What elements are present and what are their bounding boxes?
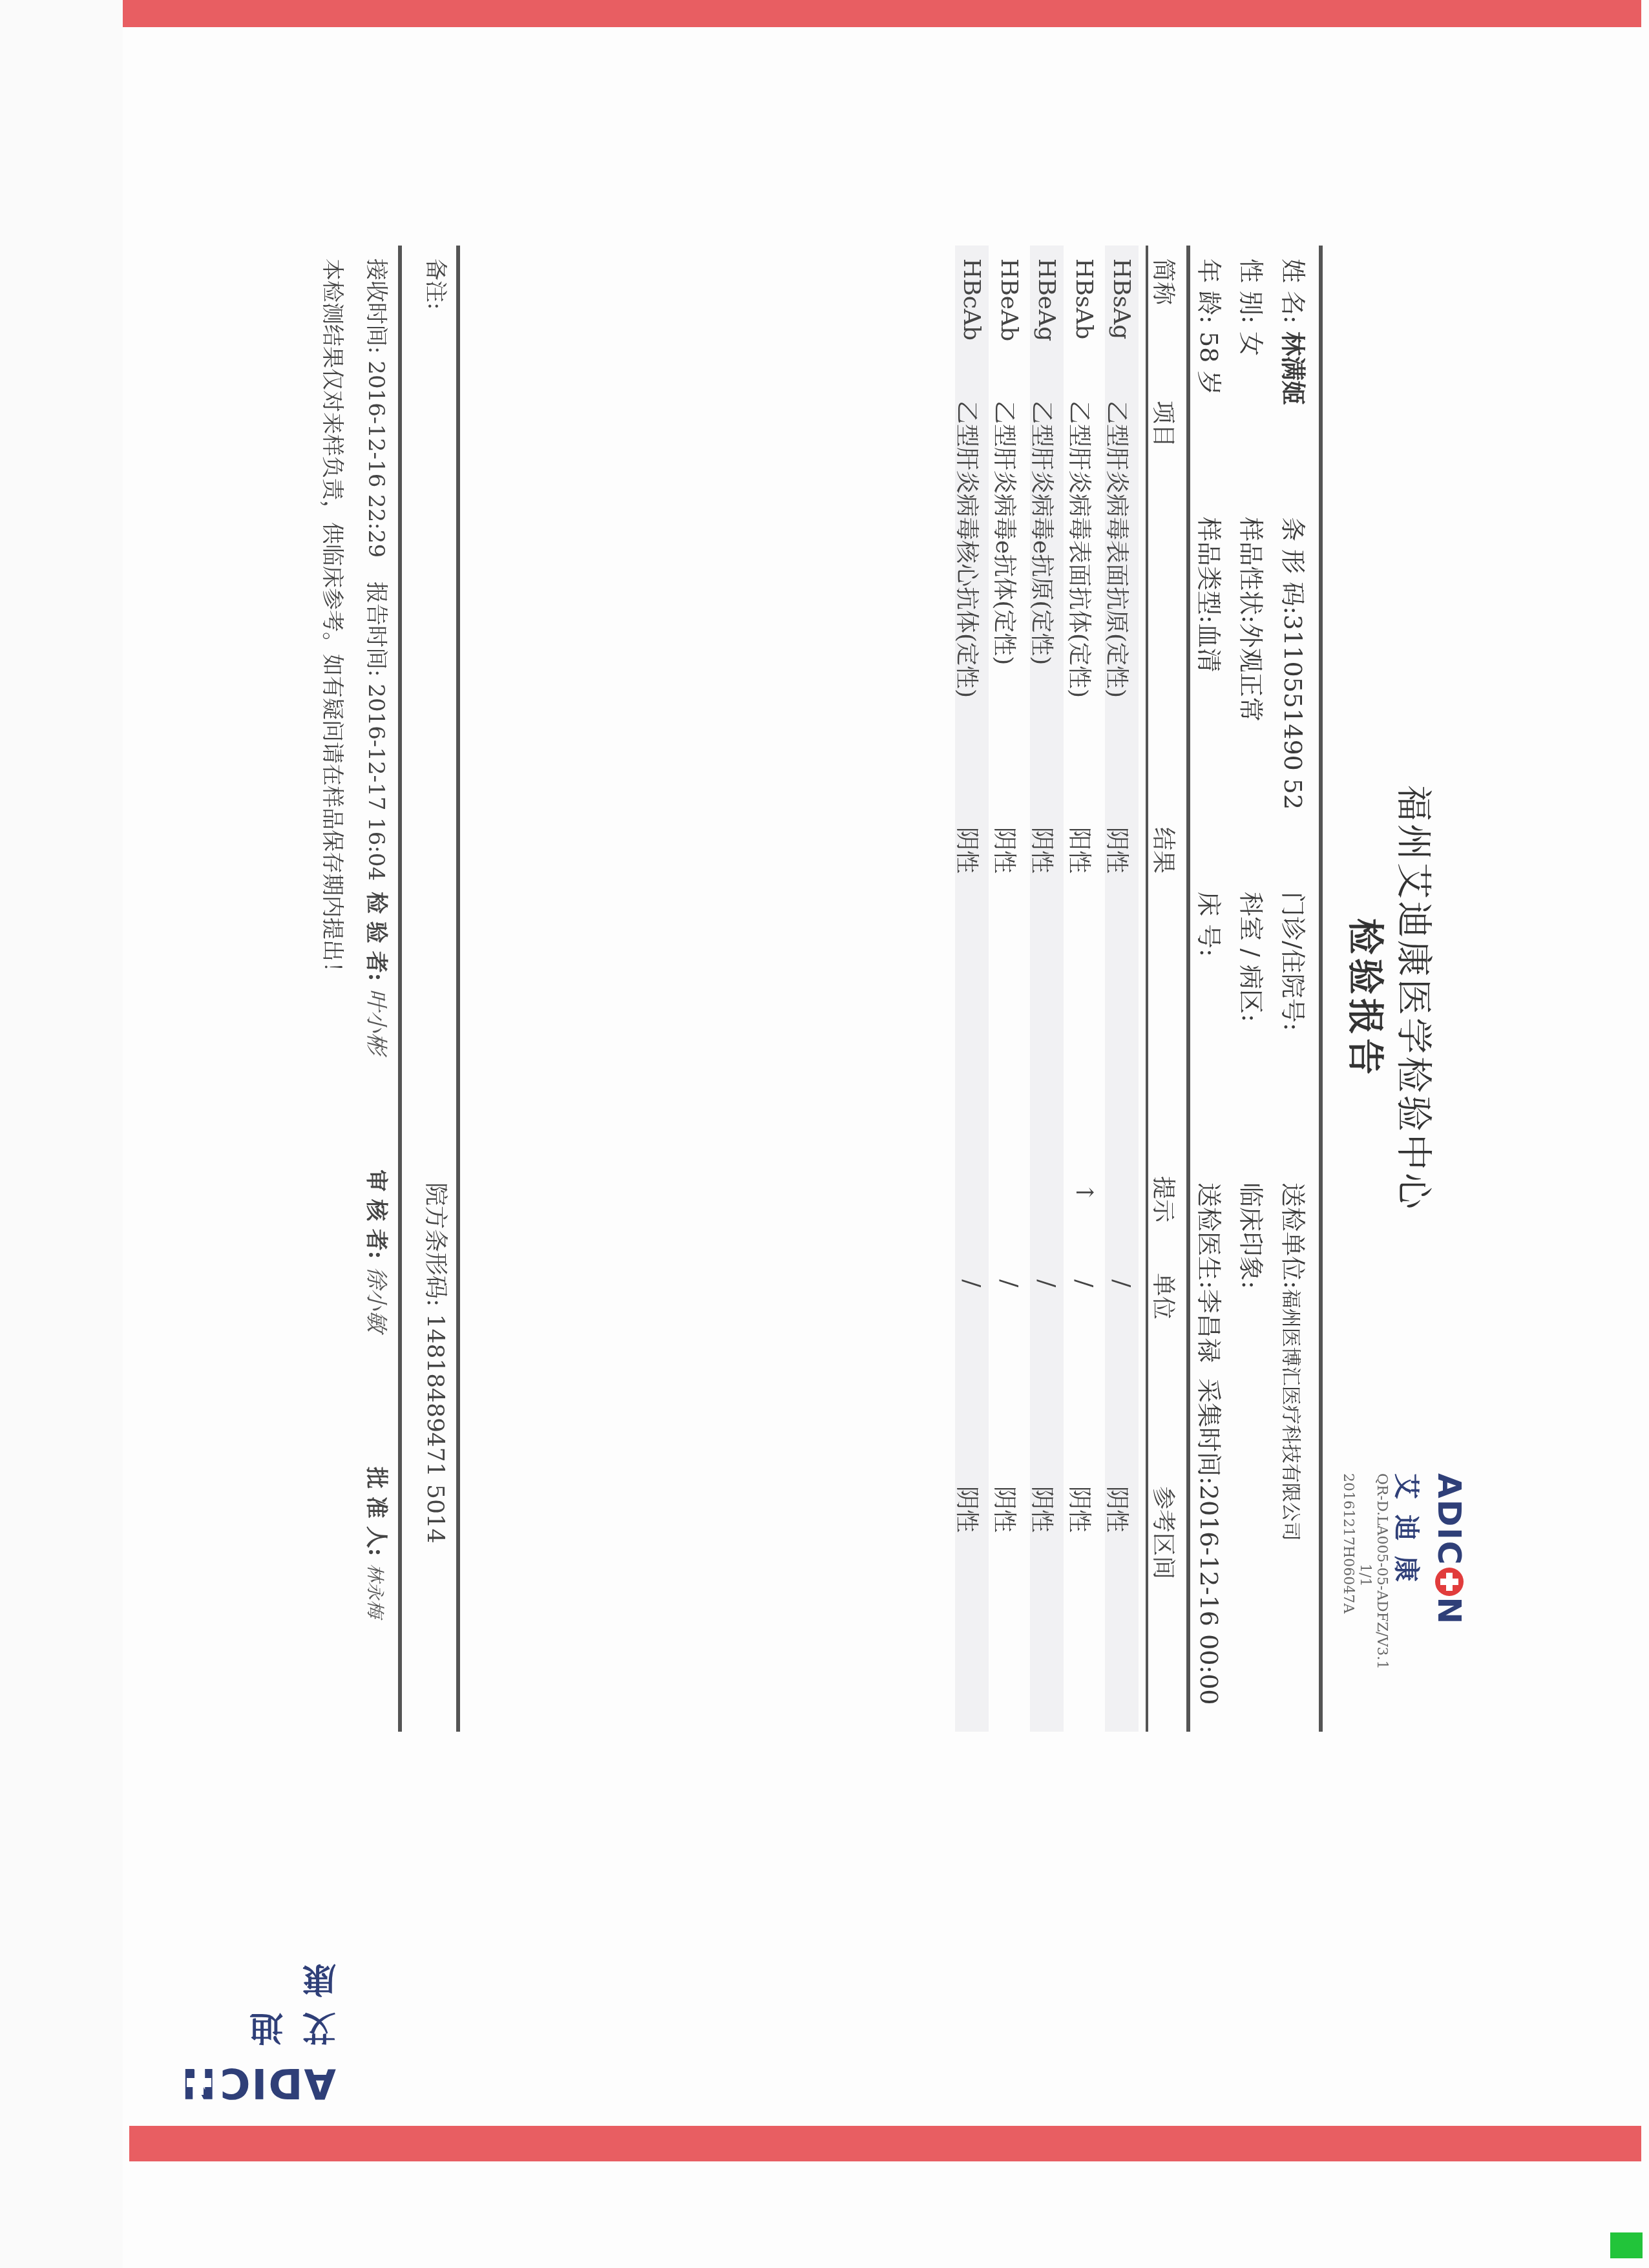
cell-item: 乙型肝炎病毒e抗原(定性) [1027, 401, 1060, 665]
collect-time: 2016-12-16 00:00 [1195, 1485, 1223, 1705]
barcode-value: 3110551490 52 [1279, 614, 1307, 810]
gender-field: 性 别: 女 [1235, 258, 1271, 356]
tester-field: 检 验 者: 叶小彬 [362, 892, 394, 1055]
cell-abbr: HBsAb [1071, 258, 1097, 339]
table-row: HBeAg乙型肝炎病毒e抗原(定性)阴性/阴性 [1030, 246, 1064, 1732]
cell-abbr: HBsAg [1108, 258, 1135, 339]
sample-type-field: 样品类型:血清 [1193, 517, 1229, 673]
cell-reference: 阴性 [1027, 1486, 1060, 1533]
cell-unit: / [1108, 1279, 1135, 1287]
remarks-field: 备注: [422, 258, 454, 310]
results-table-header: 简称 项目 结果 提示 单位 参考区间 [1151, 246, 1185, 1732]
footer-divider-2 [398, 246, 402, 1732]
footer-divider [456, 246, 460, 1732]
table-row: HBsAg乙型肝炎病毒表面抗原(定性)阴性/阴性 [1105, 246, 1139, 1732]
cell-unit: / [996, 1279, 1022, 1287]
medical-cross-icon [1435, 1568, 1464, 1596]
table-row: HBcAb乙型肝炎病毒核心抗体(定性)阴性/阴性 [955, 246, 989, 1732]
patient-name: 林满姬 [1279, 331, 1308, 405]
header-divider [1319, 246, 1323, 1732]
hospital-barcode-field: 院方条形码: 14818489471 5014 [421, 1182, 454, 1544]
tester-signature: 叶小彬 [363, 989, 389, 1055]
cell-item: 乙型肝炎病毒表面抗原(定性) [1102, 401, 1135, 698]
form-code: QR-D.LA005-05-ADFZ/V3.1 [1373, 1473, 1390, 1751]
cell-unit: / [1071, 1279, 1097, 1287]
cell-reference: 阴性 [1064, 1486, 1097, 1533]
page-number: 1/1 [1356, 1473, 1373, 1751]
cell-item: 乙型肝炎病毒e抗体(定性) [989, 401, 1022, 665]
brand-block: ADICN 艾迪康 QR-D.LA005-05-ADFZ/V3.1 1/1 20… [1339, 1473, 1468, 1751]
info-divider [1186, 246, 1190, 1732]
hospital-barcode: 14818489471 5014 [422, 1314, 448, 1544]
cell-unit: / [1033, 1279, 1060, 1287]
sender-unit-field: 送检单位:福州医博汇医疗科技有限公司 [1277, 1182, 1313, 1541]
reviewer-field: 审 核 者: 徐小敏 [362, 1170, 394, 1332]
clinical-impression-field: 临床印象: [1235, 1182, 1271, 1289]
table-row: HBeAb乙型肝炎病毒e抗体(定性)阴性/阴性 [993, 246, 1026, 1732]
patient-name-field: 姓 名: 林满姬 [1277, 258, 1313, 405]
cell-unit: / [958, 1279, 985, 1287]
cell-result: 阴性 [1102, 827, 1135, 874]
table-row: HBsAb乙型肝炎病毒表面抗体(定性)阳性↑/阴性 [1067, 246, 1101, 1732]
cell-abbr: HBeAg [1033, 258, 1060, 341]
barcode-field: 条 形 码:3110551490 52 [1277, 517, 1313, 810]
age-field: 年 龄: 58 岁 [1193, 258, 1229, 395]
reviewer-signature: 徐小敏 [363, 1266, 389, 1332]
cell-result: 阴性 [989, 827, 1022, 874]
outpatient-field: 门诊/住院号: [1277, 892, 1313, 1031]
report-time-field: 报告时间: 2016-12-17 16:04 [362, 582, 394, 881]
cell-result: 阴性 [1027, 827, 1060, 874]
cell-abbr: HBeAb [996, 258, 1022, 341]
report-code: 20161217H06047A [1339, 1473, 1356, 1751]
approver-field: 批 准 人: 林永梅 [362, 1467, 394, 1618]
adicon-wordmark: ADICN [1431, 1473, 1468, 1751]
cell-reference: 阴性 [952, 1486, 985, 1533]
cell-result: 阳性 [1064, 827, 1097, 874]
table-header-divider [1146, 246, 1148, 1732]
cell-reference: 阴性 [989, 1486, 1022, 1533]
cell-flag: ↑ [1071, 1182, 1097, 1202]
adicon-chinese-name: 艾迪康 [1390, 1473, 1427, 1751]
disclaimer: 本检测结果仅对来样负责，供临床参考。如有疑问请在样品保存期内提出！ [319, 258, 350, 983]
cell-item: 乙型肝炎病毒表面抗体(定性) [1064, 401, 1097, 698]
department-field: 科室 / 病区: [1235, 892, 1271, 1022]
lab-report-page: 福州艾迪康医学检验中心 检验报告 ADICN 艾迪康 QR-D.LA005-05… [0, 0, 1649, 2268]
receive-time-field: 接收时间: 2016-12-16 22:29 [362, 258, 394, 558]
cell-item: 乙型肝炎病毒核心抗体(定性) [952, 401, 985, 698]
approver-signature: 林永梅 [364, 1564, 386, 1618]
sample-state-field: 样品性状:外观正常 [1235, 517, 1271, 722]
cell-result: 阴性 [952, 827, 985, 874]
cell-reference: 阴性 [1102, 1486, 1135, 1533]
bed-field: 床 号: [1193, 892, 1229, 957]
cell-abbr: HBcAb [958, 258, 985, 341]
doctor-field: 送检医生:李昌禄 采集时间:2016-12-16 00:00 [1193, 1182, 1229, 1705]
